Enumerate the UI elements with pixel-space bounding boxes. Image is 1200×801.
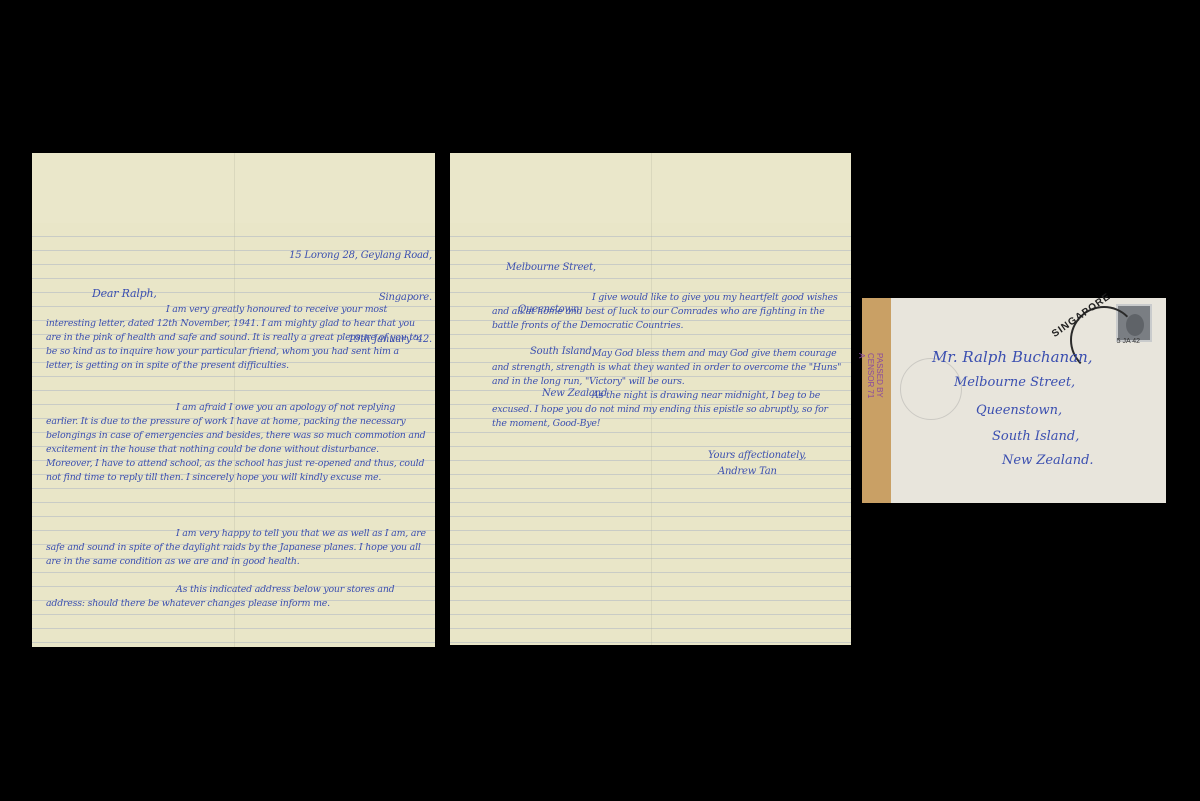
envelope-address-line: Queenstown, xyxy=(976,400,1062,422)
letter-paragraph: I am afraid I owe you an apology of not … xyxy=(46,401,426,485)
letter-paragraph: May God bless them and may God give them… xyxy=(492,347,842,389)
sender-address-line: 15 Lorong 28, Geylang Road, xyxy=(282,249,432,263)
censor-stamp-line: CENSOR 71 xyxy=(866,353,875,398)
letter-paragraph: I am very greatly honoured to receive yo… xyxy=(46,303,426,373)
censor-stamp: PASSED BY CENSOR 71 A xyxy=(857,353,884,398)
envelope-address-line: Melbourne Street, xyxy=(954,372,1075,394)
page-top-margin xyxy=(450,153,851,223)
envelope-address-line: New Zealand. xyxy=(1002,450,1094,472)
censor-stamp-line: PASSED BY xyxy=(875,353,884,398)
signature: Andrew Tan xyxy=(718,465,777,479)
letter-paragraph: As the night is drawing near midnight, I… xyxy=(492,389,842,431)
letter-page-1: 15 Lorong 28, Geylang Road, Singapore. 1… xyxy=(32,153,435,647)
letter-paragraph: I am very happy to tell you that we as w… xyxy=(46,527,426,569)
letter-paragraph: I give would like to give you my heartfe… xyxy=(492,291,842,333)
envelope-addressee: Mr. Ralph Buchanan, xyxy=(932,346,1093,368)
letter-page-2: Melbourne Street, Queenstown, South Isla… xyxy=(450,153,851,645)
closing: Yours affectionately, xyxy=(708,449,806,463)
letter-paragraph: As this indicated address below your sto… xyxy=(46,583,426,611)
page-top-margin xyxy=(32,153,435,223)
censor-stamp-line: A xyxy=(857,353,866,358)
envelope-address-line: South Island, xyxy=(992,426,1079,448)
salutation: Dear Ralph, xyxy=(92,287,157,301)
postmark-date: 5 JA 42 xyxy=(1117,338,1140,345)
recipient-address-line: Melbourne Street, xyxy=(506,261,607,275)
censor-tape xyxy=(862,298,891,503)
envelope: PASSED BY CENSOR 71 A SINGAPORE 5 JA 42 … xyxy=(862,298,1166,503)
